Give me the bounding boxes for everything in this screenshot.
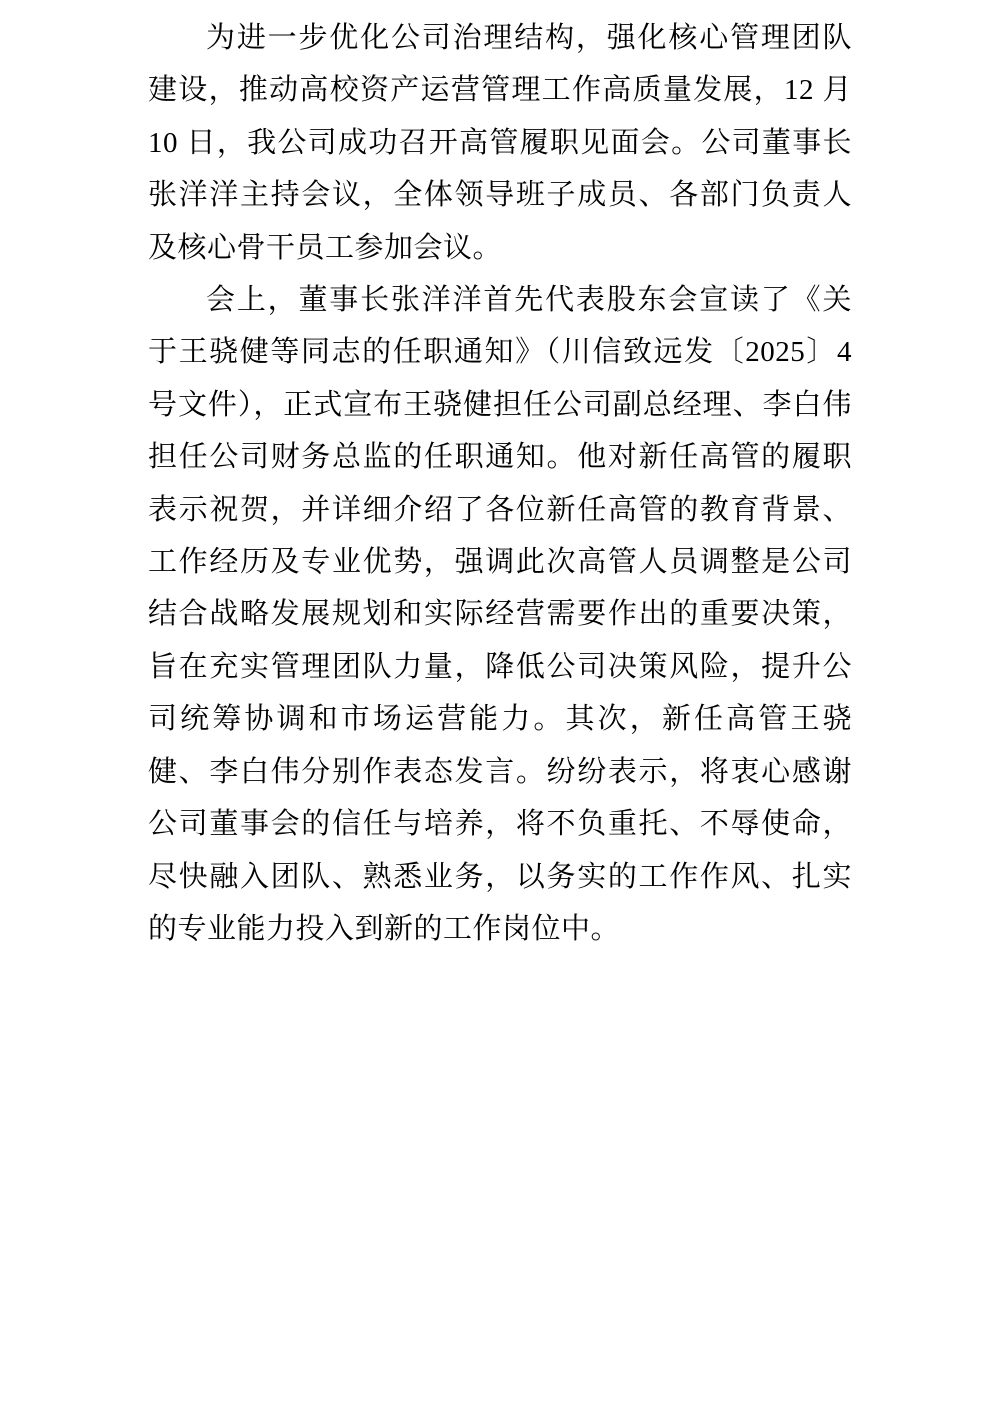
- paragraph-1: 为进一步优化公司治理结构，强化核心管理团队建设，推动高校资产运营管理工作高质量发…: [148, 12, 852, 274]
- document-body: 为进一步优化公司治理结构，强化核心管理团队建设，推动高校资产运营管理工作高质量发…: [148, 12, 852, 955]
- paragraph-2: 会上，董事长张洋洋首先代表股东会宣读了《关于王骁健等同志的任职通知》（川信致远发…: [148, 274, 852, 955]
- document-page: 为进一步优化公司治理结构，强化核心管理团队建设，推动高校资产运营管理工作高质量发…: [0, 0, 992, 1403]
